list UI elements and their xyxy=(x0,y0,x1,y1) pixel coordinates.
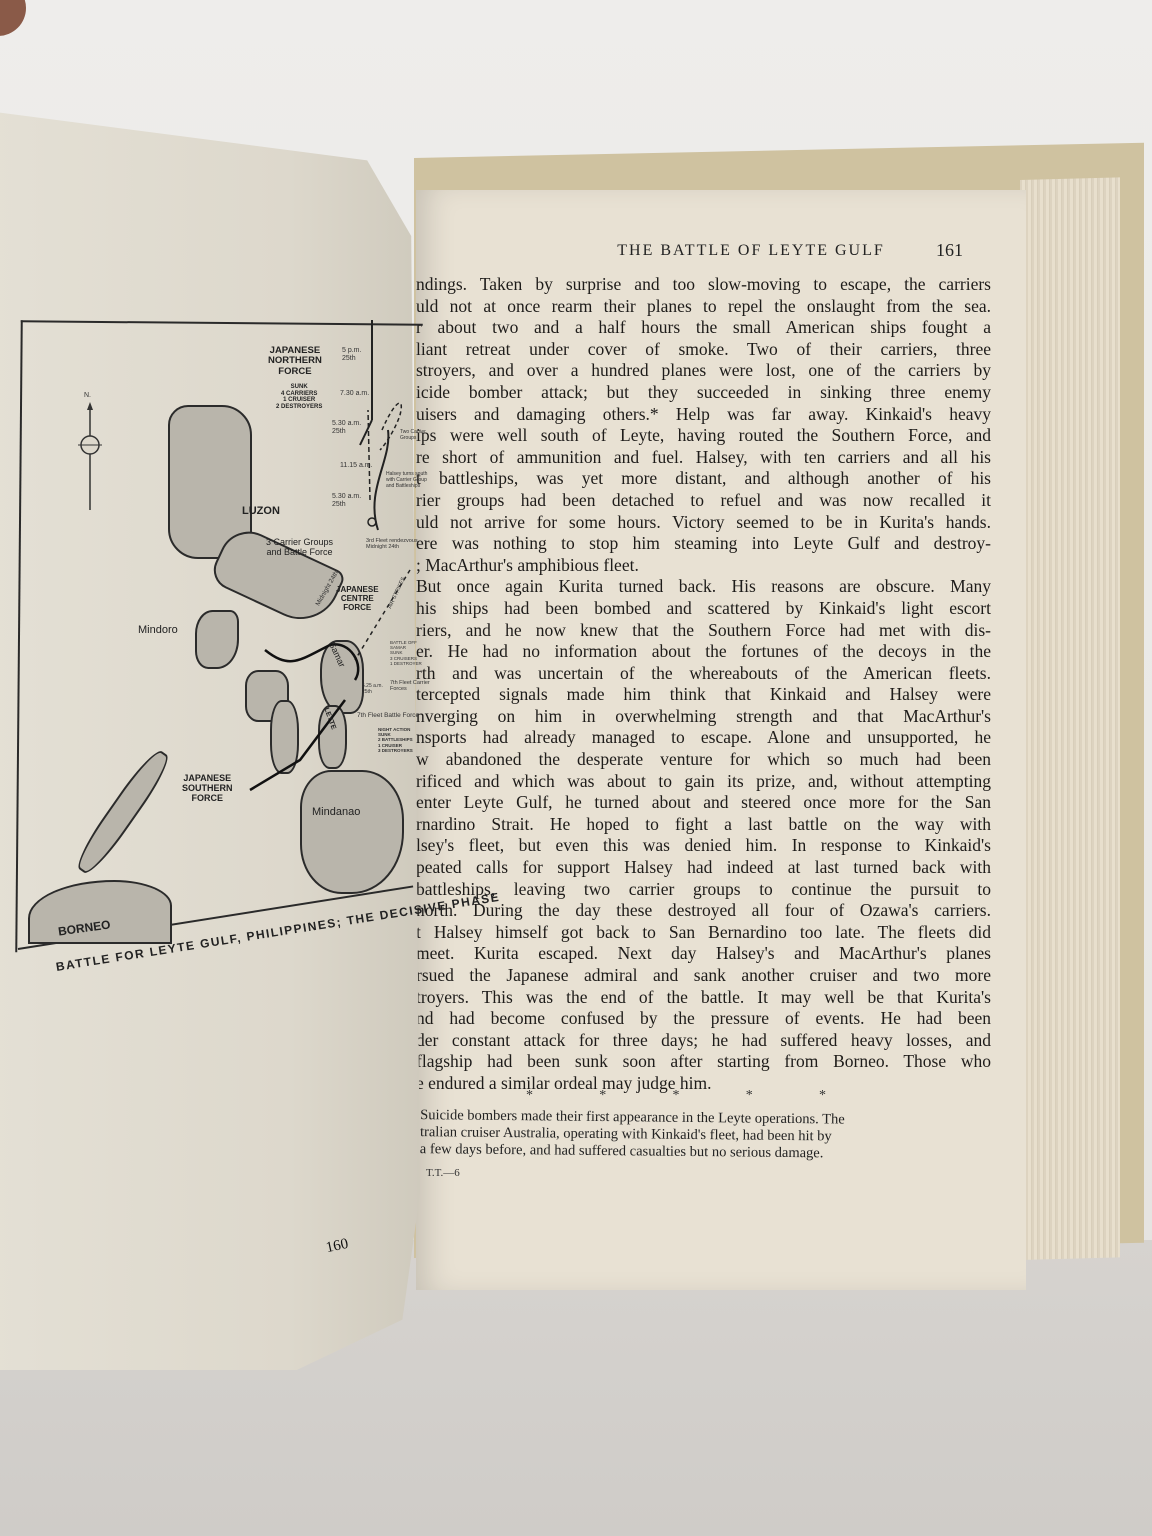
text-line: r about two and a half hours the small A… xyxy=(416,317,991,339)
asterism: * xyxy=(673,1088,680,1104)
label-line: FORCE xyxy=(268,367,322,377)
text-line: rsued the Japanese admiral and sank anot… xyxy=(416,965,991,987)
note-line: 1 DESTROYER xyxy=(390,661,422,666)
time-525am: 5.25 a.m. 25th xyxy=(362,684,383,696)
note-line: 3 DESTROYERS xyxy=(378,748,413,753)
text-line: nverging on him in overwhelming strength… xyxy=(416,706,991,728)
text-line: uld not at once rearm their planes to re… xyxy=(416,296,991,318)
note-7th-fleet-battle: 7th Fleet Battle Force xyxy=(357,712,419,719)
note-line: Groups xyxy=(400,436,426,442)
time-1115am: 11.15 a.m. xyxy=(340,462,373,470)
text-line: rth and was uncertain of the whereabouts… xyxy=(416,663,991,685)
right-page: THE BATTLE OF LEYTE GULF 161 ndings. Tak… xyxy=(416,190,1026,1290)
note-night-action: NIGHT ACTION SUNK 2 BATTLESHIPS 1 CRUISE… xyxy=(378,727,413,753)
note-line: Forces xyxy=(390,686,430,692)
text-line: enter Leyte Gulf, he turned about and st… xyxy=(416,792,991,814)
label-southern-force: JAPANESE SOUTHERN FORCE xyxy=(182,774,233,804)
label-northern-losses: SUNK 4 CARRIERS 1 CRUISER 2 DESTROYERS xyxy=(276,384,322,410)
note-7th-fleet-carrier: 7th Fleet Carrier Forces xyxy=(390,680,430,693)
text-line: nsports had already managed to escape. A… xyxy=(416,727,991,749)
note-battle-off-samar: BATTLE OFF SAMAR SUNK 3 CRUISERS 1 DESTR… xyxy=(390,640,422,666)
asterism: * xyxy=(819,1088,826,1104)
label-line: and Battle Force xyxy=(266,548,333,558)
asterism: * xyxy=(526,1088,533,1104)
signature-mark: T.T.—6 xyxy=(426,1167,460,1179)
note-line: Midnight 24th xyxy=(366,544,418,550)
text-line: t Halsey himself got back to San Bernard… xyxy=(416,922,991,944)
text-line: lsey's fleet, but even this was denied h… xyxy=(416,835,991,857)
label-northern-force: JAPANESE NORTHERN FORCE xyxy=(268,346,322,377)
label-carrier-groups: 3 Carrier Groups and Battle Force xyxy=(266,538,333,558)
asterism: * xyxy=(599,1088,606,1104)
label-centre-force: JAPANESE CENTRE FORCE xyxy=(336,586,379,612)
text-line: rificed and which was about to gain its … xyxy=(416,771,991,793)
text-line: nd had become confused by the pressure o… xyxy=(416,1008,991,1030)
text-line: ere was nothing to stop him steaming int… xyxy=(416,533,991,555)
running-head: THE BATTLE OF LEYTE GULF xyxy=(536,242,966,266)
text-line: icide bomber attack; but they succeeded … xyxy=(416,382,991,404)
time-530am-b: 5.30 a.m. 25th xyxy=(332,493,361,509)
text-line: meet. Kurita escaped. Next day Halsey's … xyxy=(416,943,991,965)
text-line: tercepted signals made him think that Ki… xyxy=(416,684,991,706)
text-line: w abandoned the desperate venture for wh… xyxy=(416,749,991,771)
text-line: But once again Kurita turned back. His r… xyxy=(416,576,991,598)
label-line: SUNK xyxy=(276,384,322,391)
note-line: and Battleships xyxy=(386,484,427,490)
text-line: ; MacArthur's amphibious fleet. xyxy=(416,555,991,577)
page-number-right: 161 xyxy=(936,240,963,261)
text-line: flagship had been sunk soon after starti… xyxy=(416,1051,991,1073)
text-line: battleships, leaving two carrier groups … xyxy=(416,879,991,901)
text-line: ndings. Taken by surprise and too slow-m… xyxy=(416,274,991,296)
section-break: * * * * * xyxy=(526,1088,826,1104)
asterism: * xyxy=(746,1088,753,1104)
text-line: ips were well south of Leyte, having rou… xyxy=(416,425,991,447)
time-730am: 7.30 a.m. xyxy=(340,390,369,398)
map-routes xyxy=(0,320,430,920)
time-5pm: 5 p.m. 25th xyxy=(342,347,361,363)
text-line: t battleships, was yet more distant, and… xyxy=(416,468,991,490)
text-line: er. He had no information about the fort… xyxy=(416,641,991,663)
time-line: 5.30 a.m. xyxy=(332,493,361,501)
time-line: 5.30 a.m. xyxy=(332,420,361,428)
label-mindoro: Mindoro xyxy=(138,624,178,636)
text-line: stroyers, and over a hundred planes were… xyxy=(416,360,991,382)
note-third-fleet: 3rd Fleet rendezvous Midnight 24th xyxy=(366,538,418,551)
note-line: 2 BATTLESHIPS xyxy=(378,737,413,742)
time-line: 5 p.m. xyxy=(342,347,361,355)
text-line: liant retreat under cover of smoke. Two … xyxy=(416,339,991,361)
label-line: FORCE xyxy=(182,794,233,804)
text-line: rier groups had been detached to refuel … xyxy=(416,490,991,512)
time-line: 25th xyxy=(332,501,361,509)
text-line: rnardino Strait. He hoped to fight a las… xyxy=(416,814,991,836)
text-line: his ships had been bombed and scattered … xyxy=(416,598,991,620)
text-line: north. During the day these destroyed al… xyxy=(416,900,991,922)
label-line: 2 DESTROYERS xyxy=(276,404,322,411)
note-halsey-turns: Halsey turns south with Carrier Group an… xyxy=(386,472,427,489)
page-block-edges xyxy=(1020,177,1120,1260)
text-line: troyers. This was the end of the battle.… xyxy=(416,987,991,1009)
text-line: der constant attack for three days; he h… xyxy=(416,1030,991,1052)
body-text: ndings. Taken by surprise and too slow-m… xyxy=(416,274,991,1095)
label-line: FORCE xyxy=(336,604,379,613)
text-line: uld not arrive for some hours. Victory s… xyxy=(416,512,991,534)
note-two-carrier-groups: Two Carrier Groups xyxy=(400,430,426,442)
note-line: 3 CRUISERS xyxy=(390,656,422,661)
label-mindanao: Mindanao xyxy=(312,806,360,818)
footnote: Suicide bombers made their first appeara… xyxy=(420,1107,971,1164)
time-line: 25th xyxy=(342,355,361,363)
time-line: 25th xyxy=(332,428,361,436)
text-line: peated calls for support Halsey had inde… xyxy=(416,857,991,879)
label-line: 1 CRUISER xyxy=(276,397,322,404)
text-line: uisers and damaging others.* Help was fa… xyxy=(416,404,991,426)
label-line: 4 CARRIERS xyxy=(276,391,322,398)
time-line: 25th xyxy=(362,690,383,696)
text-line: re short of ammunition and fuel. Halsey,… xyxy=(416,447,991,469)
label-luzon: LUZON xyxy=(242,505,280,517)
time-530am-a: 5.30 a.m. 25th xyxy=(332,420,361,436)
text-line: riers, and he now knew that the Southern… xyxy=(416,620,991,642)
